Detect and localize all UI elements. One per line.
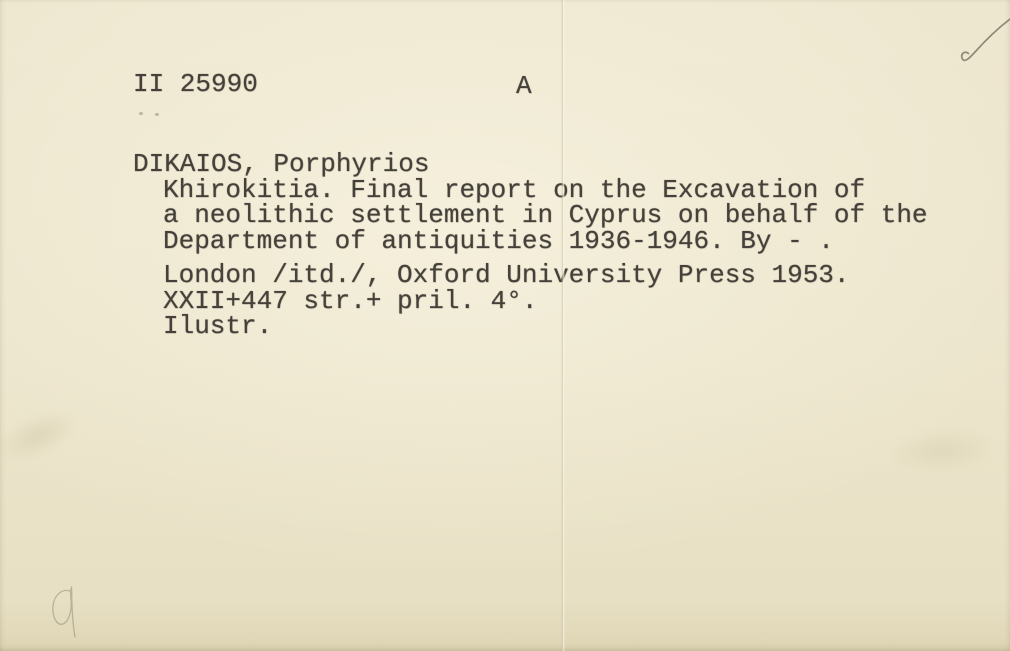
catalog-entry: DIKAIOS, Porphyrios Khirokitia. Final re… — [133, 152, 928, 340]
title-line: Department of antiquities 1936-1946. By … — [133, 229, 928, 255]
pencil-squiggle-mark — [53, 588, 75, 638]
paper-smudge-left — [0, 399, 87, 474]
call-number: II 25990 — [133, 72, 258, 98]
imprint-block: London /itd./, Oxford University Press 1… — [133, 263, 928, 340]
illustration-note: Ilustr. — [133, 314, 928, 340]
title-line: a neolithic settlement in Cyprus on beha… — [133, 203, 928, 229]
card-crease-line — [561, 0, 565, 651]
author-heading: DIKAIOS, Porphyrios — [133, 152, 928, 178]
paper-smudge-right — [887, 424, 1000, 478]
catalog-card: II 25990 A DIKAIOS, Porphyrios Khirokiti… — [0, 0, 1010, 651]
pen-stroke-mark — [962, 19, 1010, 60]
imprint-line: London /itd./, Oxford University Press 1… — [133, 263, 928, 289]
section-letter: A — [516, 74, 532, 100]
